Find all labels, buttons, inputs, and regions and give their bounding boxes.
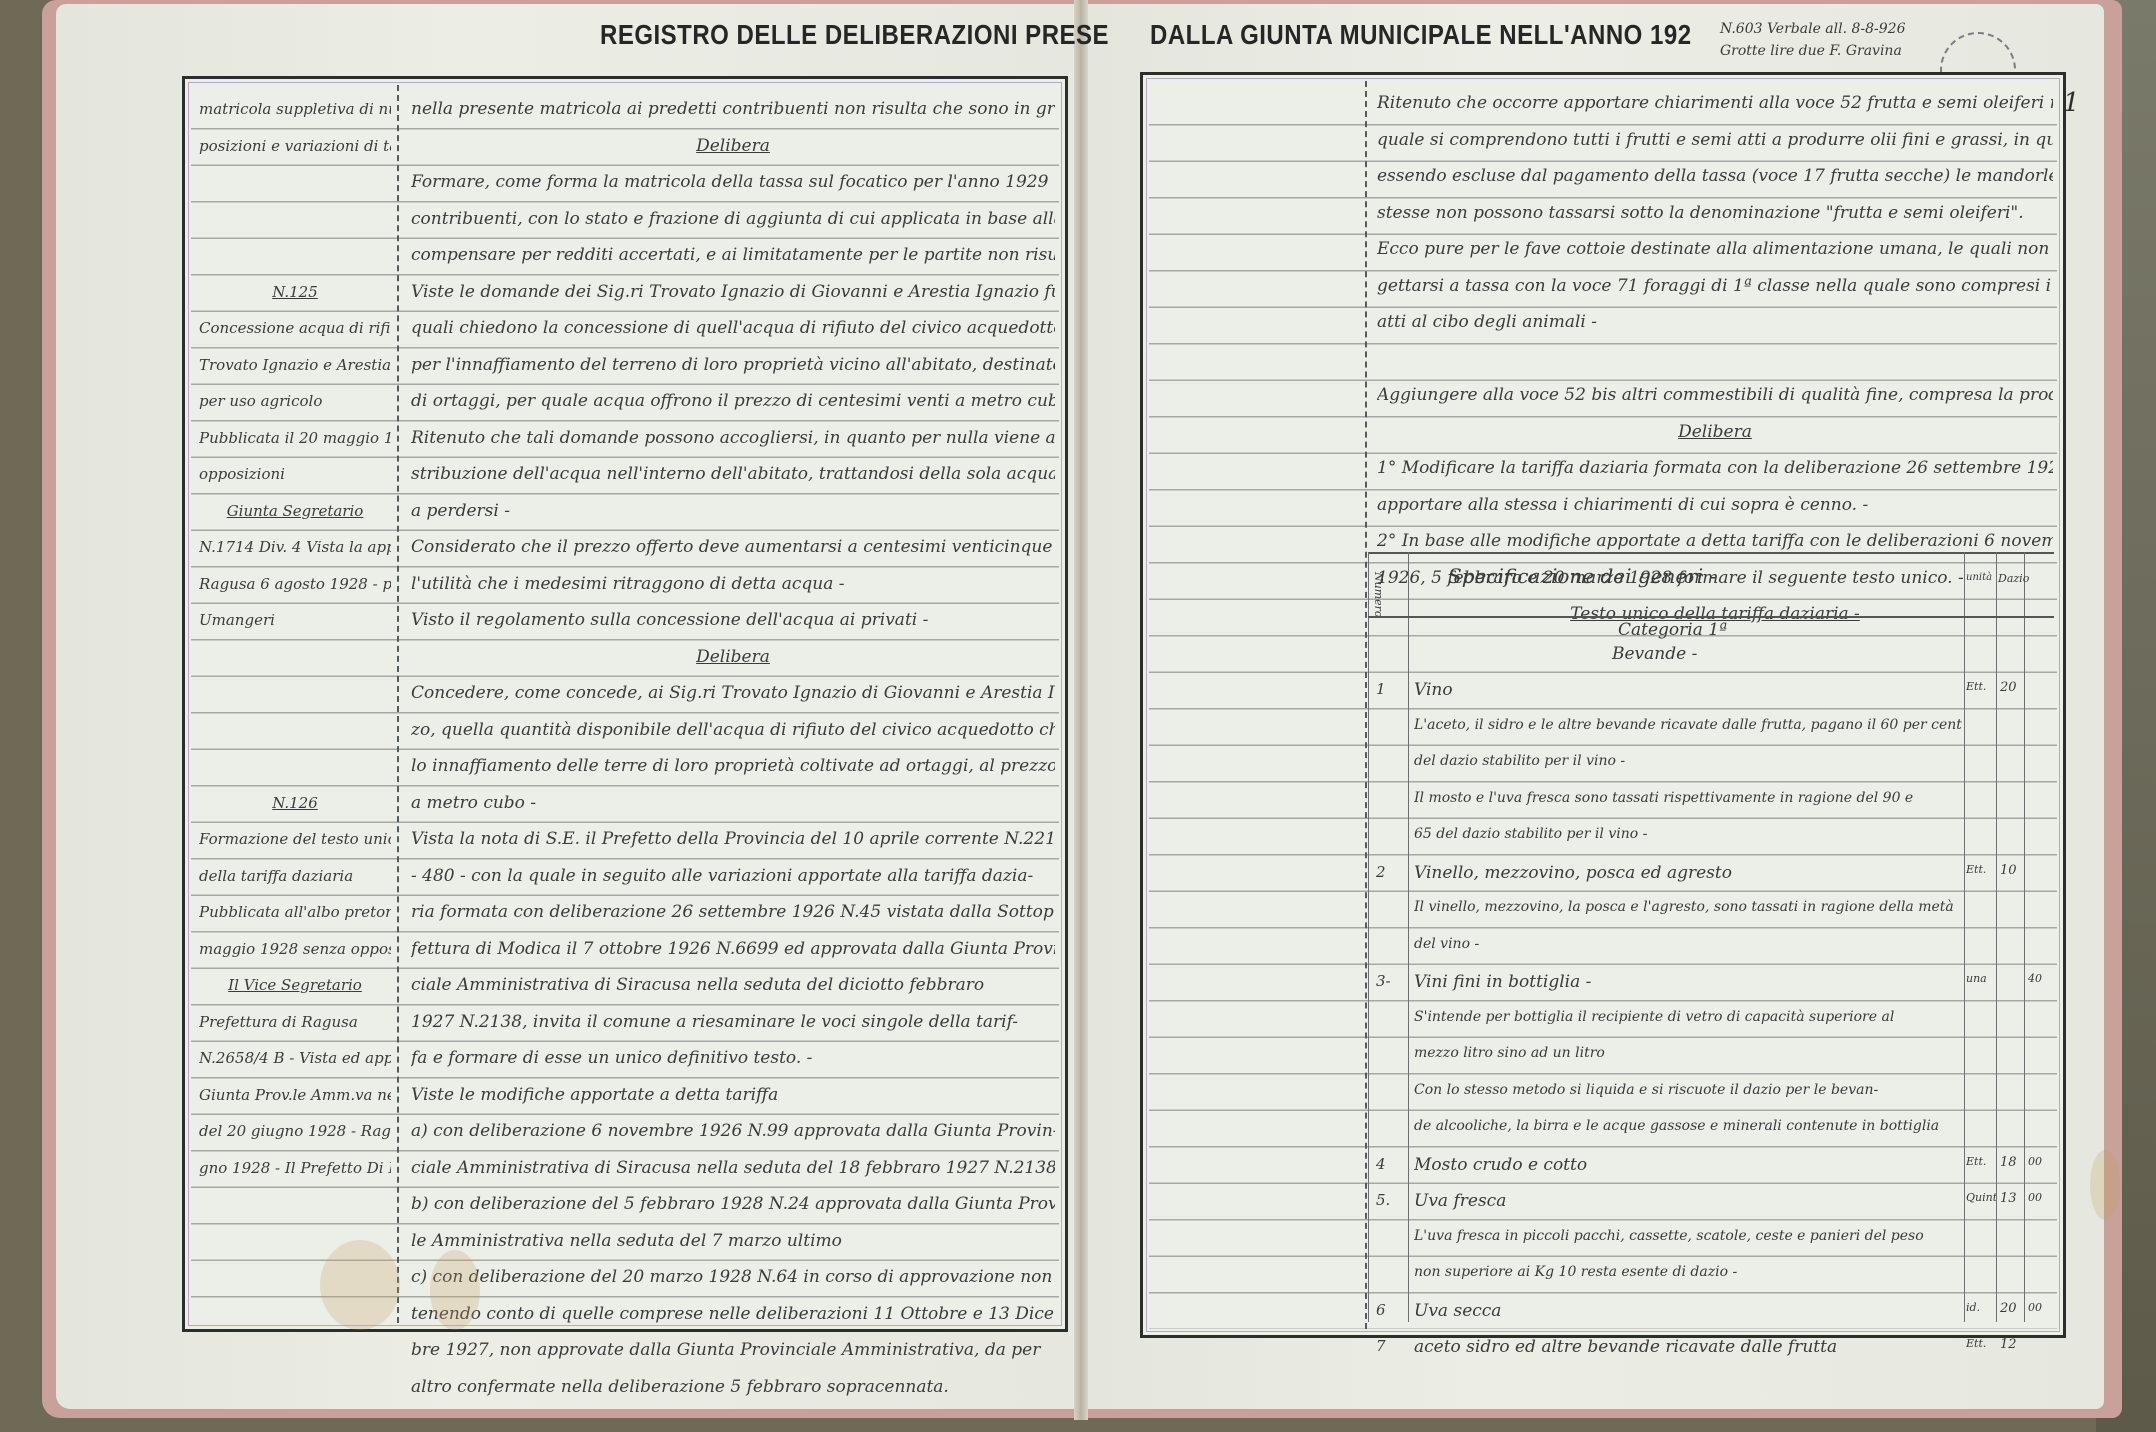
handwritten-line — [199, 675, 391, 712]
cell-duty: 12 — [2000, 1337, 2024, 1352]
handwritten-line: gettarsi a tassa con la voce 71 foraggi … — [1377, 268, 2053, 305]
cell-text: Il mosto e l'uva fresca sono tassati ris… — [1414, 790, 1962, 806]
cell-text: Vinello, mezzovino, posca ed agresto — [1414, 863, 1962, 883]
page-title-right: DALLA GIUNTA MUNICIPALE NELL'ANNO 192 — [1150, 20, 1692, 52]
handwritten-line: N.126 — [199, 785, 391, 822]
cell-num: 5. — [1376, 1191, 1406, 1209]
handwritten-line: atti al cibo degli animali - — [1377, 304, 2053, 341]
handwritten-line: a perdersi - — [411, 493, 1055, 530]
table-row: 7aceto sidro ed altre bevande ricavate d… — [1368, 1329, 2054, 1366]
handwritten-line: Formare, come forma la matricola della t… — [411, 164, 1055, 201]
table-row: Il mosto e l'uva fresca sono tassati ris… — [1368, 782, 2054, 819]
annotation-line-1: N.603 Verbale all. 8-8-926 — [1720, 18, 1906, 40]
handwritten-line: della tariffa daziaria — [199, 858, 391, 895]
handwritten-line: di ortaggi, per quale acqua offrono il p… — [411, 383, 1055, 420]
main-deliberation-text: nella presente matricola ai predetti con… — [411, 91, 1055, 1405]
handwritten-line: per uso agricolo — [199, 383, 391, 420]
category-name: Bevande - — [1612, 644, 1697, 664]
handwritten-line: lo innaffiamento delle terre di loro pro… — [411, 748, 1055, 785]
cell-cents: 00 — [2028, 1191, 2052, 1204]
annotation-line-2: Grotte lire due F. Gravina — [1720, 40, 1906, 62]
handwritten-line — [199, 712, 391, 749]
handwritten-line: essendo escluse dal pagamento della tass… — [1377, 158, 2053, 195]
handwritten-line: Umangeri — [199, 602, 391, 639]
cell-unit: Ett. — [1966, 1155, 1996, 1168]
cell-unit: una — [1966, 972, 1996, 985]
cell-cents: 00 — [2028, 1301, 2052, 1314]
handwritten-line: fettura di Modica il 7 ottobre 1926 N.66… — [411, 931, 1055, 968]
handwritten-line: Concedere, come concede, ai Sig.ri Trova… — [411, 675, 1055, 712]
handwritten-line: Ecco pure per le fave cottoie destinate … — [1377, 231, 2053, 268]
handwritten-line: Delibera — [1377, 414, 2053, 451]
handwritten-line: 1927 N.2138, invita il comune a riesamin… — [411, 1004, 1055, 1041]
handwritten-line: altro confermate nella deliberazione 5 f… — [411, 1369, 1055, 1406]
handwritten-line: Concessione acqua di rifiuto ai Sig.ri — [199, 310, 391, 347]
cell-text: Vino — [1414, 680, 1962, 700]
margin-annotation: N.603 Verbale all. 8-8-926 Grotte lire d… — [1720, 18, 1906, 62]
table-row: 65 del dazio stabilito per il vino - — [1368, 818, 2054, 855]
handwritten-line: N.125 — [199, 274, 391, 311]
handwritten-line: bre 1927, non approvate dalla Giunta Pro… — [411, 1332, 1055, 1369]
cell-text: aceto sidro ed altre bevande ricavate da… — [1414, 1337, 1962, 1357]
water-stain — [2090, 1150, 2120, 1220]
handwritten-line: Aggiungere alla voce 52 bis altri commes… — [1377, 377, 2053, 414]
handwritten-line: N.2658/4 B - Vista ed approvato dalla — [199, 1040, 391, 1077]
table-row: 6Uva seccaid.2000 — [1368, 1293, 2054, 1330]
table-row: del vino - — [1368, 928, 2054, 965]
cell-text: Con lo stesso metodo si liquida e si ris… — [1414, 1082, 1962, 1098]
table-row: 2Vinello, mezzovino, posca ed agrestoEtt… — [1368, 855, 2054, 892]
handwritten-line: Viste le domande dei Sig.ri Trovato Igna… — [411, 274, 1055, 311]
right-main-text: Ritenuto che occorre apportare chiarimen… — [1377, 85, 2053, 633]
handwritten-line: tenendo conto di quelle comprese nelle d… — [411, 1296, 1055, 1333]
handwritten-line — [199, 201, 391, 238]
handwritten-line: Ritenuto che occorre apportare chiarimen… — [1377, 85, 2053, 122]
cell-text: L'aceto, il sidro e le altre bevande ric… — [1414, 717, 1962, 733]
table-row: de alcooliche, la birra e le acque gasso… — [1368, 1110, 2054, 1147]
left-register-frame: matricola suppletiva di nuove im-posizio… — [182, 76, 1068, 1332]
table-row: non superiore ai Kg 10 resta esente di d… — [1368, 1256, 2054, 1293]
handwritten-line — [199, 1186, 391, 1223]
cell-text: Mosto crudo e cotto — [1414, 1155, 1962, 1175]
cell-duty: 20 — [2000, 680, 2024, 695]
table-row: del dazio stabilito per il vino - — [1368, 745, 2054, 782]
handwritten-line: Giunta Segretario — [199, 493, 391, 530]
handwritten-line: per l'innaffiamento del terreno di loro … — [411, 347, 1055, 384]
cell-unit: Quint. — [1966, 1191, 1996, 1204]
table-row: L'uva fresca in piccoli pacchi, cassette… — [1368, 1220, 2054, 1257]
handwritten-line: quale si comprendono tutti i frutti e se… — [1377, 122, 2053, 159]
cell-text: del vino - — [1414, 936, 1962, 952]
cell-num: 7 — [1376, 1337, 1406, 1355]
handwritten-line: Formazione del testo unico — [199, 821, 391, 858]
handwritten-line: stesse non possono tassarsi sotto la den… — [1377, 195, 2053, 232]
handwritten-line: apportare alla stessa i chiarimenti di c… — [1377, 487, 2053, 524]
cell-text: Uva secca — [1414, 1301, 1962, 1321]
header-unit: unità — [1966, 572, 1992, 583]
table-row: 5.Uva frescaQuint.1300 — [1368, 1183, 2054, 1220]
handwritten-line: nella presente matricola ai predetti con… — [411, 91, 1055, 128]
table-row: 3-Vini fini in bottiglia -una40 — [1368, 964, 2054, 1001]
table-row: 4Mosto crudo e cottoEtt.1800 — [1368, 1147, 2054, 1184]
handwritten-line — [199, 748, 391, 785]
cell-duty: 10 — [2000, 863, 2024, 878]
cell-text: L'uva fresca in piccoli pacchi, cassette… — [1414, 1228, 1962, 1244]
handwritten-line: a metro cubo - — [411, 785, 1055, 822]
handwritten-line: Viste le modifiche apportate a detta tar… — [411, 1077, 1055, 1114]
table-row: S'intende per bottiglia il recipiente di… — [1368, 1001, 2054, 1038]
handwritten-line — [199, 237, 391, 274]
cell-text: Uva fresca — [1414, 1191, 1962, 1211]
handwritten-line: Trovato Ignazio e Arestia Ignazio — [199, 347, 391, 384]
handwritten-line: ciale Amministrativa di Siracusa nella s… — [411, 967, 1055, 1004]
handwritten-line: Delibera — [411, 128, 1055, 165]
handwritten-line — [199, 164, 391, 201]
cell-text: 65 del dazio stabilito per il vino - — [1414, 826, 1962, 842]
table-row: 1VinoEtt.20 — [1368, 672, 2054, 709]
handwritten-line — [199, 639, 391, 676]
handwritten-line: maggio 1928 senza opposizioni — [199, 931, 391, 968]
handwritten-line: - 480 - con la quale in seguito alle var… — [411, 858, 1055, 895]
handwritten-line: a) con deliberazione 6 novembre 1926 N.9… — [411, 1113, 1055, 1150]
handwritten-line: matricola suppletiva di nuove im- — [199, 91, 391, 128]
handwritten-line: Delibera — [411, 639, 1055, 676]
cell-text: de alcooliche, la birra e le acque gasso… — [1414, 1118, 1962, 1134]
handwritten-line: contribuenti, con lo stato e frazione di… — [411, 201, 1055, 238]
handwritten-line: c) con deliberazione del 20 marzo 1928 N… — [411, 1259, 1055, 1296]
handwritten-line: stribuzione dell'acqua nell'interno dell… — [411, 456, 1055, 493]
cell-unit: Ett. — [1966, 1337, 1996, 1350]
cell-num: 3- — [1376, 972, 1406, 990]
handwritten-line: Prefettura di Ragusa — [199, 1004, 391, 1041]
handwritten-line: Vista la nota di S.E. il Prefetto della … — [411, 821, 1055, 858]
handwritten-line: b) con deliberazione del 5 febbraro 1928… — [411, 1186, 1055, 1223]
header-specification: Specificazione dei generi - — [1448, 564, 1716, 588]
header-number: Numero — [1372, 572, 1385, 618]
handwritten-line: Considerato che il prezzo offerto deve a… — [411, 529, 1055, 566]
cell-text: non superiore ai Kg 10 resta esente di d… — [1414, 1264, 1962, 1280]
water-stain — [320, 1240, 400, 1330]
cell-text: S'intende per bottiglia il recipiente di… — [1414, 1009, 1962, 1025]
cell-num: 4 — [1376, 1155, 1406, 1173]
handwritten-line: zo, quella quantità disponibile dell'acq… — [411, 712, 1055, 749]
handwritten-line: l'utilità che i medesimi ritraggono di d… — [411, 566, 1055, 603]
handwritten-line: ria formata con deliberazione 26 settemb… — [411, 894, 1055, 931]
cell-unit: id. — [1966, 1301, 1996, 1314]
page-title-left: REGISTRO DELLE DELIBERAZIONI PRESE — [600, 20, 1109, 52]
table-row: L'aceto, il sidro e le altre bevande ric… — [1368, 709, 2054, 746]
cell-cents: 00 — [2028, 1155, 2052, 1168]
table-row: Con lo stesso metodo si liquida e si ris… — [1368, 1074, 2054, 1111]
handwritten-line: compensare per redditi accertati, e ai l… — [411, 237, 1055, 274]
handwritten-line: Ritenuto che tali domande possono accogl… — [411, 420, 1055, 457]
book-gutter — [1074, 0, 1088, 1420]
cell-duty: 20 — [2000, 1301, 2024, 1316]
handwritten-line — [1377, 341, 2053, 378]
handwritten-line: posizioni e variazioni di tasse — [199, 128, 391, 165]
handwritten-line: ciale Amministrativa di Siracusa nella s… — [411, 1150, 1055, 1187]
cell-num: 1 — [1376, 680, 1406, 698]
cell-num: 2 — [1376, 863, 1406, 881]
cell-cents: 40 — [2028, 972, 2052, 985]
handwritten-line: Ragusa 6 agosto 1928 - p. Il Prefetto — [199, 566, 391, 603]
handwritten-line: N.1714 Div. 4 Vista la approva — [199, 529, 391, 566]
handwritten-line: del 20 giugno 1928 - Ragusa 23 giu- — [199, 1113, 391, 1150]
cell-duty: 18 — [2000, 1155, 2024, 1170]
handwritten-line: gno 1928 - Il Prefetto Di Maio — [199, 1150, 391, 1187]
header-rule — [1368, 616, 2054, 618]
handwritten-line: Visto il regolamento sulla concessione d… — [411, 602, 1055, 639]
table-top-rule — [1368, 552, 2054, 554]
category-label: Categoria 1ª — [1618, 620, 1727, 640]
handwritten-line: opposizioni — [199, 456, 391, 493]
cell-text: Vini fini in bottiglia - — [1414, 972, 1962, 992]
cell-num: 6 — [1376, 1301, 1406, 1319]
handwritten-line: Il Vice Segretario — [199, 967, 391, 1004]
handwritten-line: Pubblicata il 20 maggio 1928 senza — [199, 420, 391, 457]
handwritten-line: Pubblicata all'albo pretorio il 20 — [199, 894, 391, 931]
cell-text: mezzo litro sino ad un litro — [1414, 1045, 1962, 1061]
cell-duty: 13 — [2000, 1191, 2024, 1206]
table-row: Il vinello, mezzovino, la posca e l'agre… — [1368, 891, 2054, 928]
cell-text: del dazio stabilito per il vino - — [1414, 753, 1962, 769]
water-stain — [430, 1250, 480, 1330]
table-row: mezzo litro sino ad un litro — [1368, 1037, 2054, 1074]
handwritten-line: quali chiedono la concessione di quell'a… — [411, 310, 1055, 347]
tariff-table: Numero Specificazione dei generi - unità… — [1368, 552, 2054, 1322]
cell-unit: Ett. — [1966, 863, 1996, 876]
column-divider — [397, 85, 399, 1323]
header-duty: Dazio — [1998, 572, 2029, 585]
handwritten-line: Giunta Prov.le Amm.va nella seduta — [199, 1077, 391, 1114]
handwritten-line: 1° Modificare la tariffa daziaria format… — [1377, 450, 2053, 487]
cell-text: Il vinello, mezzovino, la posca e l'agre… — [1414, 899, 1962, 915]
handwritten-line: fa e formare di esse un unico definitivo… — [411, 1040, 1055, 1077]
column-divider — [1365, 81, 1367, 1329]
cell-unit: Ett. — [1966, 680, 1996, 693]
handwritten-line: le Amministrativa nella seduta del 7 mar… — [411, 1223, 1055, 1260]
table-body: 1VinoEtt.20L'aceto, il sidro e le altre … — [1368, 672, 2054, 1366]
side-column-notes: matricola suppletiva di nuove im-posizio… — [199, 91, 391, 1332]
